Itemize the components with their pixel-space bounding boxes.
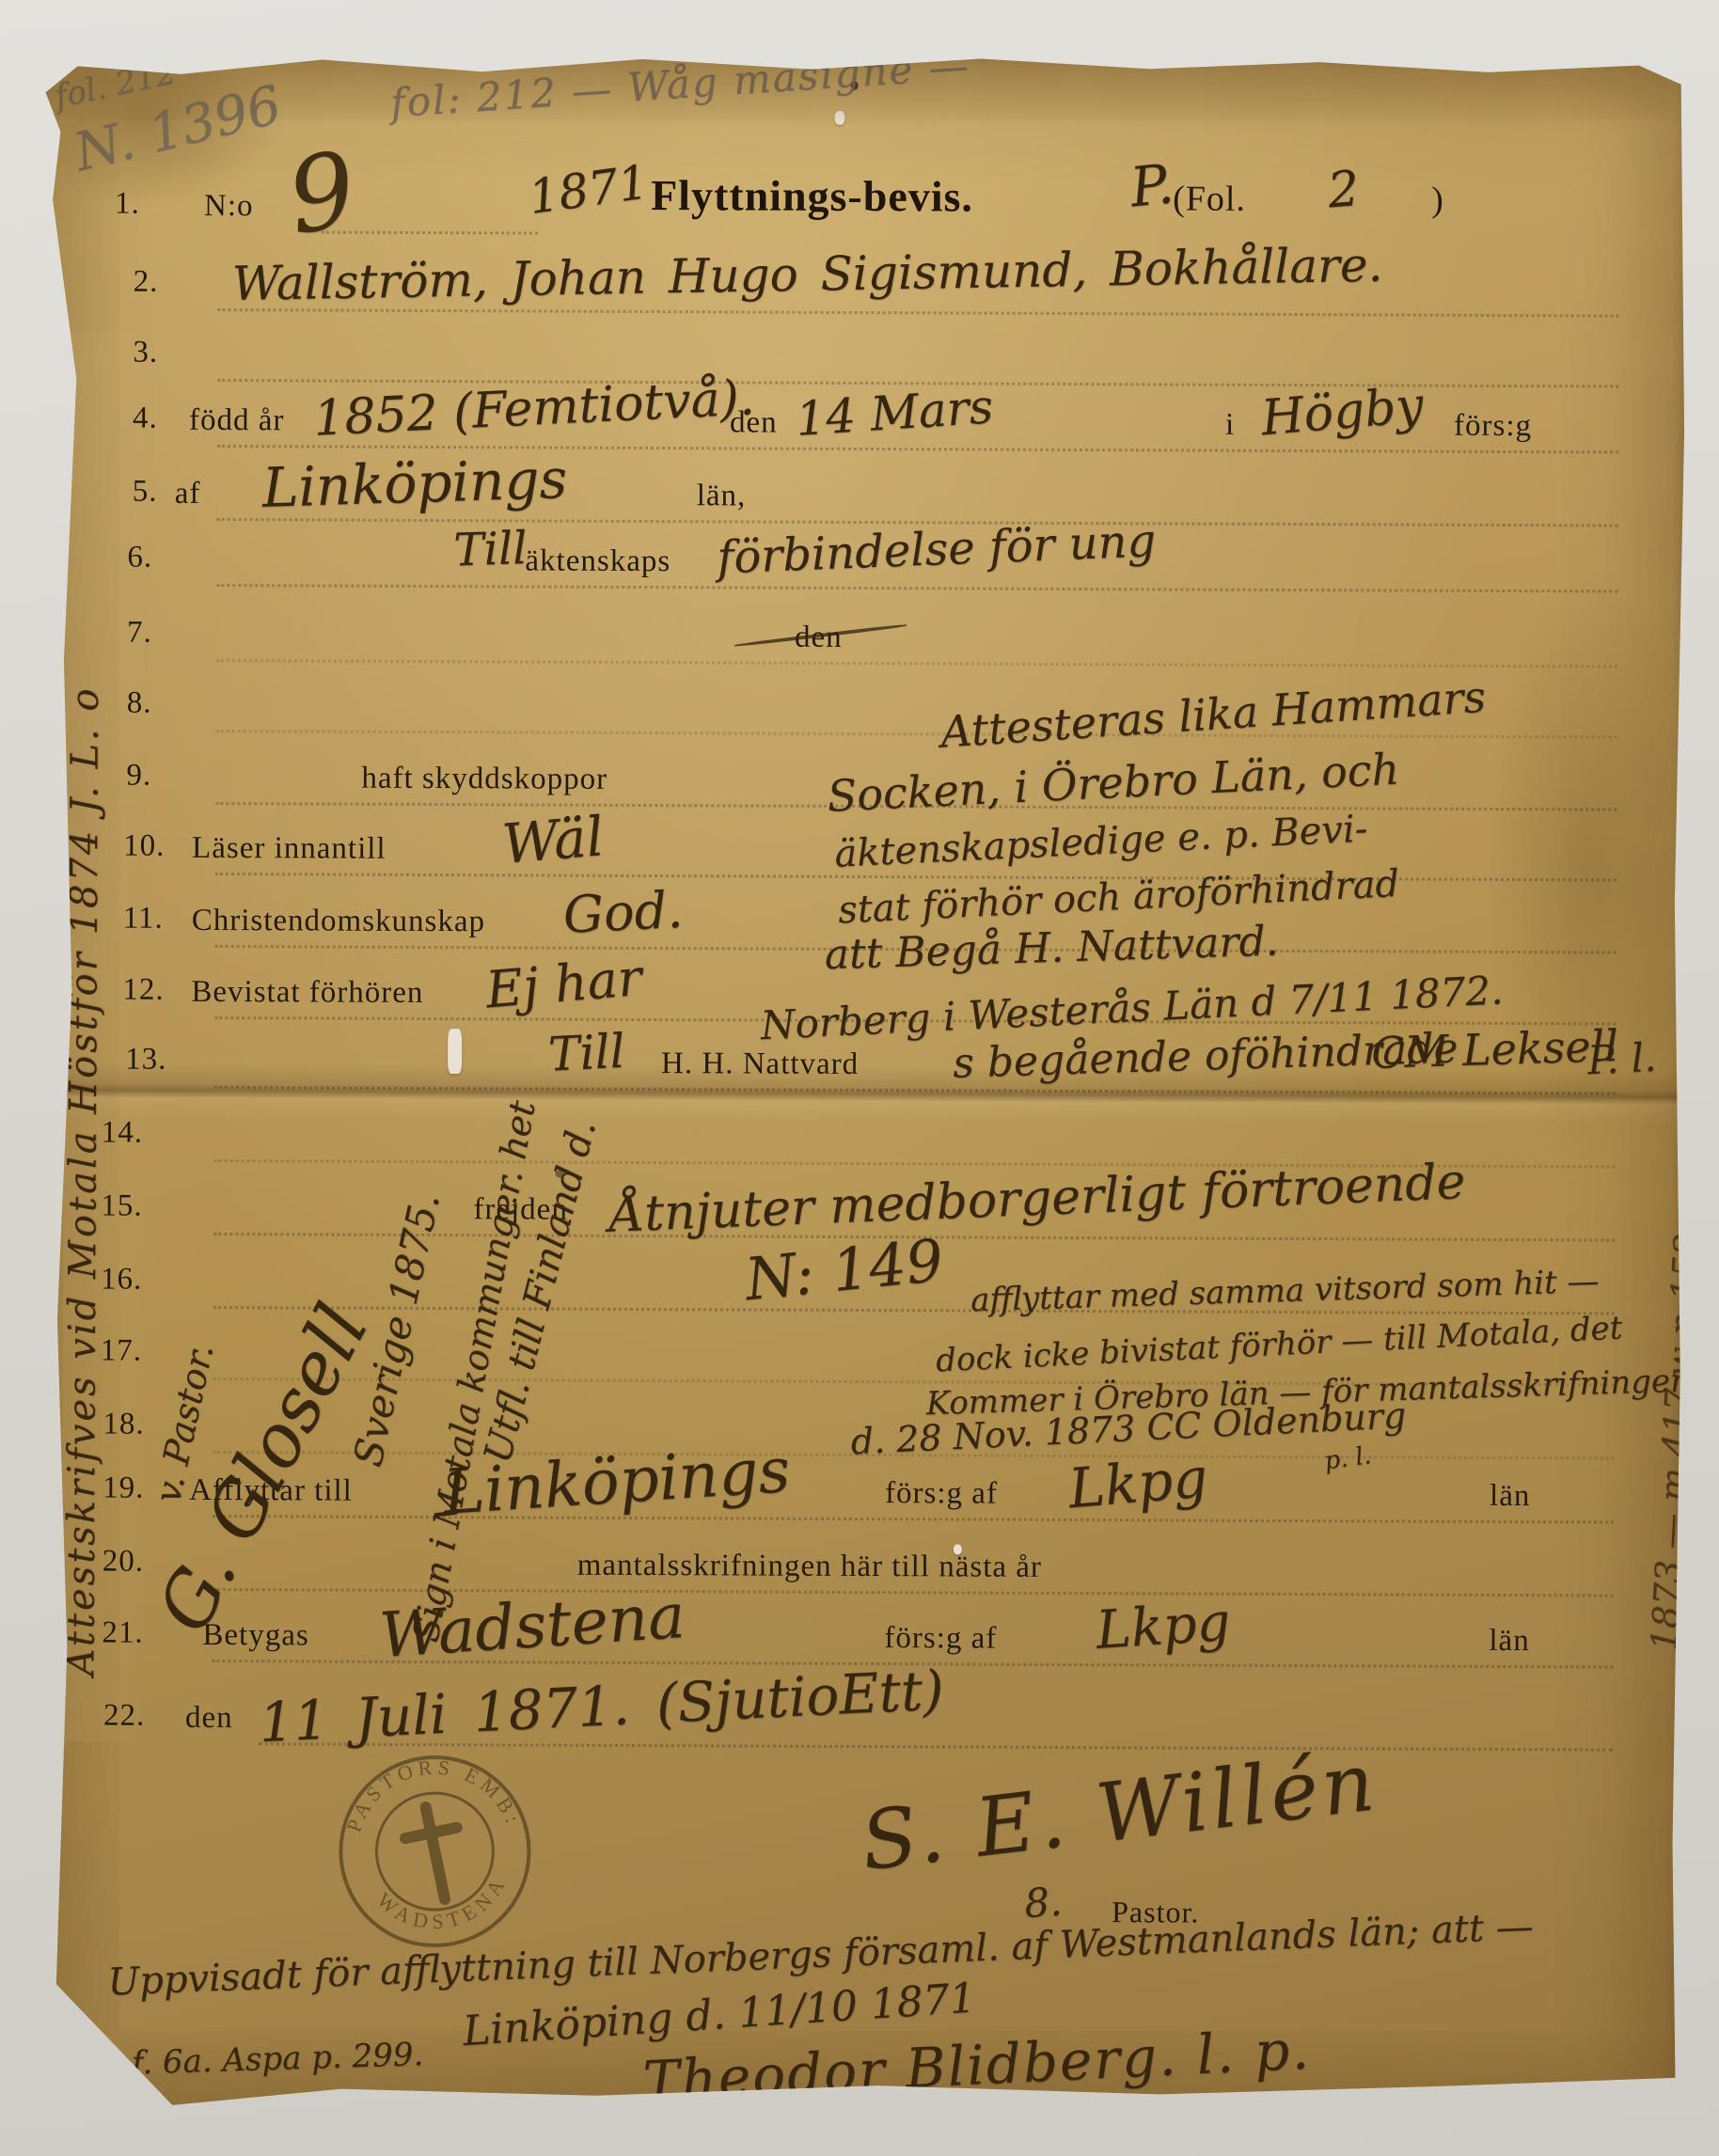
dotted-line	[216, 730, 1617, 739]
christianity-grade-entry: God.	[561, 880, 684, 945]
row-number: 11.	[123, 902, 164, 936]
row-number: 4.	[133, 401, 158, 436]
printed-label: Christendomskunskap	[192, 904, 485, 939]
printed-label: af	[175, 477, 201, 511]
parish-abbrev-entry: Lkpg	[1066, 1445, 1210, 1520]
dotted-line	[218, 308, 1619, 318]
printed-lan: län	[1490, 1479, 1530, 1514]
signature-number: 8.	[1023, 1879, 1064, 1928]
dotted-line	[215, 873, 1616, 882]
row-number: 5.	[133, 475, 158, 510]
paper-speck	[834, 111, 844, 125]
form-row-6: 6. Till äktenskaps förbindelse för ung	[38, 527, 1683, 613]
cross-icon	[400, 1802, 470, 1904]
fol-close: )	[1431, 180, 1444, 221]
printed-nattvard: H. H. Nattvard	[661, 1047, 859, 1082]
row-number: 3.	[133, 336, 158, 370]
printed-label: Läser innantill	[192, 831, 386, 867]
dotted-line	[213, 1515, 1614, 1524]
attended-exams-entry: Ej har	[483, 948, 644, 1020]
row-number: 21.	[102, 1615, 143, 1650]
row-number: 13.	[125, 1043, 166, 1078]
printed-mantals: mantalsskrifningen här till nästa år	[577, 1549, 1042, 1585]
communion-note-start: Till	[547, 1024, 626, 1082]
row-number: 9.	[126, 759, 151, 794]
marriage-note-start: Till	[453, 522, 528, 576]
fol-value-handwritten: 2	[1326, 161, 1362, 220]
printed-lan: län,	[697, 479, 747, 513]
printed-label: haft skyddskoppor	[361, 762, 607, 797]
printed-label: Bevistat förhören	[191, 975, 423, 1011]
row-number: 16.	[101, 1262, 142, 1297]
printed-den: den	[730, 405, 778, 440]
dotted-line	[214, 1086, 1616, 1095]
birth-parish-entry: Högby	[1259, 377, 1426, 447]
printed-forsg-af: förs:g af	[884, 1621, 997, 1657]
printed-aktenskaps: äktenskaps	[525, 543, 670, 579]
row-number: 18.	[103, 1407, 144, 1441]
birth-date-entry: 14 Mars	[794, 379, 994, 447]
attest-signature: CM Leksell	[1370, 1020, 1618, 1078]
row-number: 22.	[103, 1698, 145, 1733]
row-number: 17.	[101, 1333, 142, 1368]
parish-abbrev-entry: Lkpg	[1095, 1592, 1233, 1661]
year-handwritten: 1871	[526, 154, 652, 225]
dotted-line	[216, 659, 1617, 669]
row-number: 20.	[103, 1544, 144, 1579]
row-number: 7.	[127, 616, 152, 651]
row-number: 14.	[102, 1115, 143, 1150]
printed-den: den	[185, 1701, 233, 1736]
reading-grade-entry: Wäl	[500, 804, 607, 876]
document-title: Flyttnings-bevis.	[651, 170, 973, 221]
dotted-line	[216, 584, 1617, 593]
row-number: 15.	[101, 1188, 142, 1223]
form-row-22: 22. den 11 Juli 1871. (SjutioEtt)	[33, 1685, 1679, 1771]
document-paper: fol. 212 N. 1396 fol: 212 — Wåg mäsigne …	[31, 49, 1688, 2123]
row-number: 12.	[122, 973, 164, 1008]
row-number: 19.	[103, 1471, 144, 1505]
fol-label: (Fol.	[1173, 178, 1246, 219]
printed-label: född år	[189, 403, 285, 438]
fol-pre-handwritten: P.	[1128, 151, 1176, 219]
footer-reference: Ryk. f. 6a. Aspa p. 299.	[50, 2036, 424, 2085]
certificate-number-handwritten: 9	[280, 129, 364, 258]
row-number: 8.	[127, 686, 152, 721]
left-margin-vertical-note: Attestskrifves vid Motala Höstför 1874 J…	[59, 685, 107, 1676]
county-entry: Linköpings	[261, 447, 568, 520]
row-number: 1.	[115, 187, 140, 222]
row-number: 6.	[127, 541, 152, 575]
no-label: N:o	[204, 189, 254, 224]
row-number: 10.	[123, 829, 165, 864]
printed-forsg-af: förs:g af	[885, 1476, 998, 1512]
pencil-note-top-center: fol: 212 — Wåg mäsigne —	[389, 42, 971, 126]
printed-lan: län	[1489, 1624, 1529, 1659]
printed-forsg: förs:g	[1454, 409, 1532, 444]
row-number: 2.	[134, 265, 159, 300]
printed-i: i	[1225, 408, 1235, 443]
